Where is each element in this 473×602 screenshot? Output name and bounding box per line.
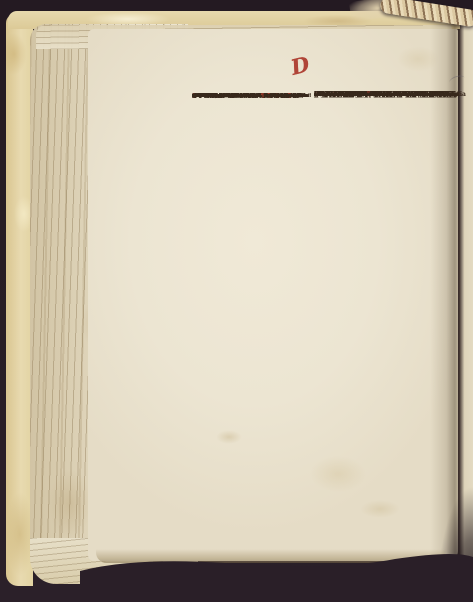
page-stain (360, 500, 400, 518)
photograph-of-incunabulum-page: D vacui qd' quia plene se cōvertit ad eu… (0, 0, 473, 602)
open-page-recto (88, 29, 458, 561)
page-stain (216, 430, 242, 444)
deckle-edge-silhouette (80, 545, 473, 602)
text-line: gratia in plectis. patʒ &c. ¶ Iteʒ gr̄a … (192, 93, 300, 101)
vellum-cover-left-edge (6, 14, 33, 586)
text-line: q̄ in sua predestinatione mensus est ei. (314, 91, 445, 99)
rubricated-pilcrow: ¶ (261, 93, 264, 101)
